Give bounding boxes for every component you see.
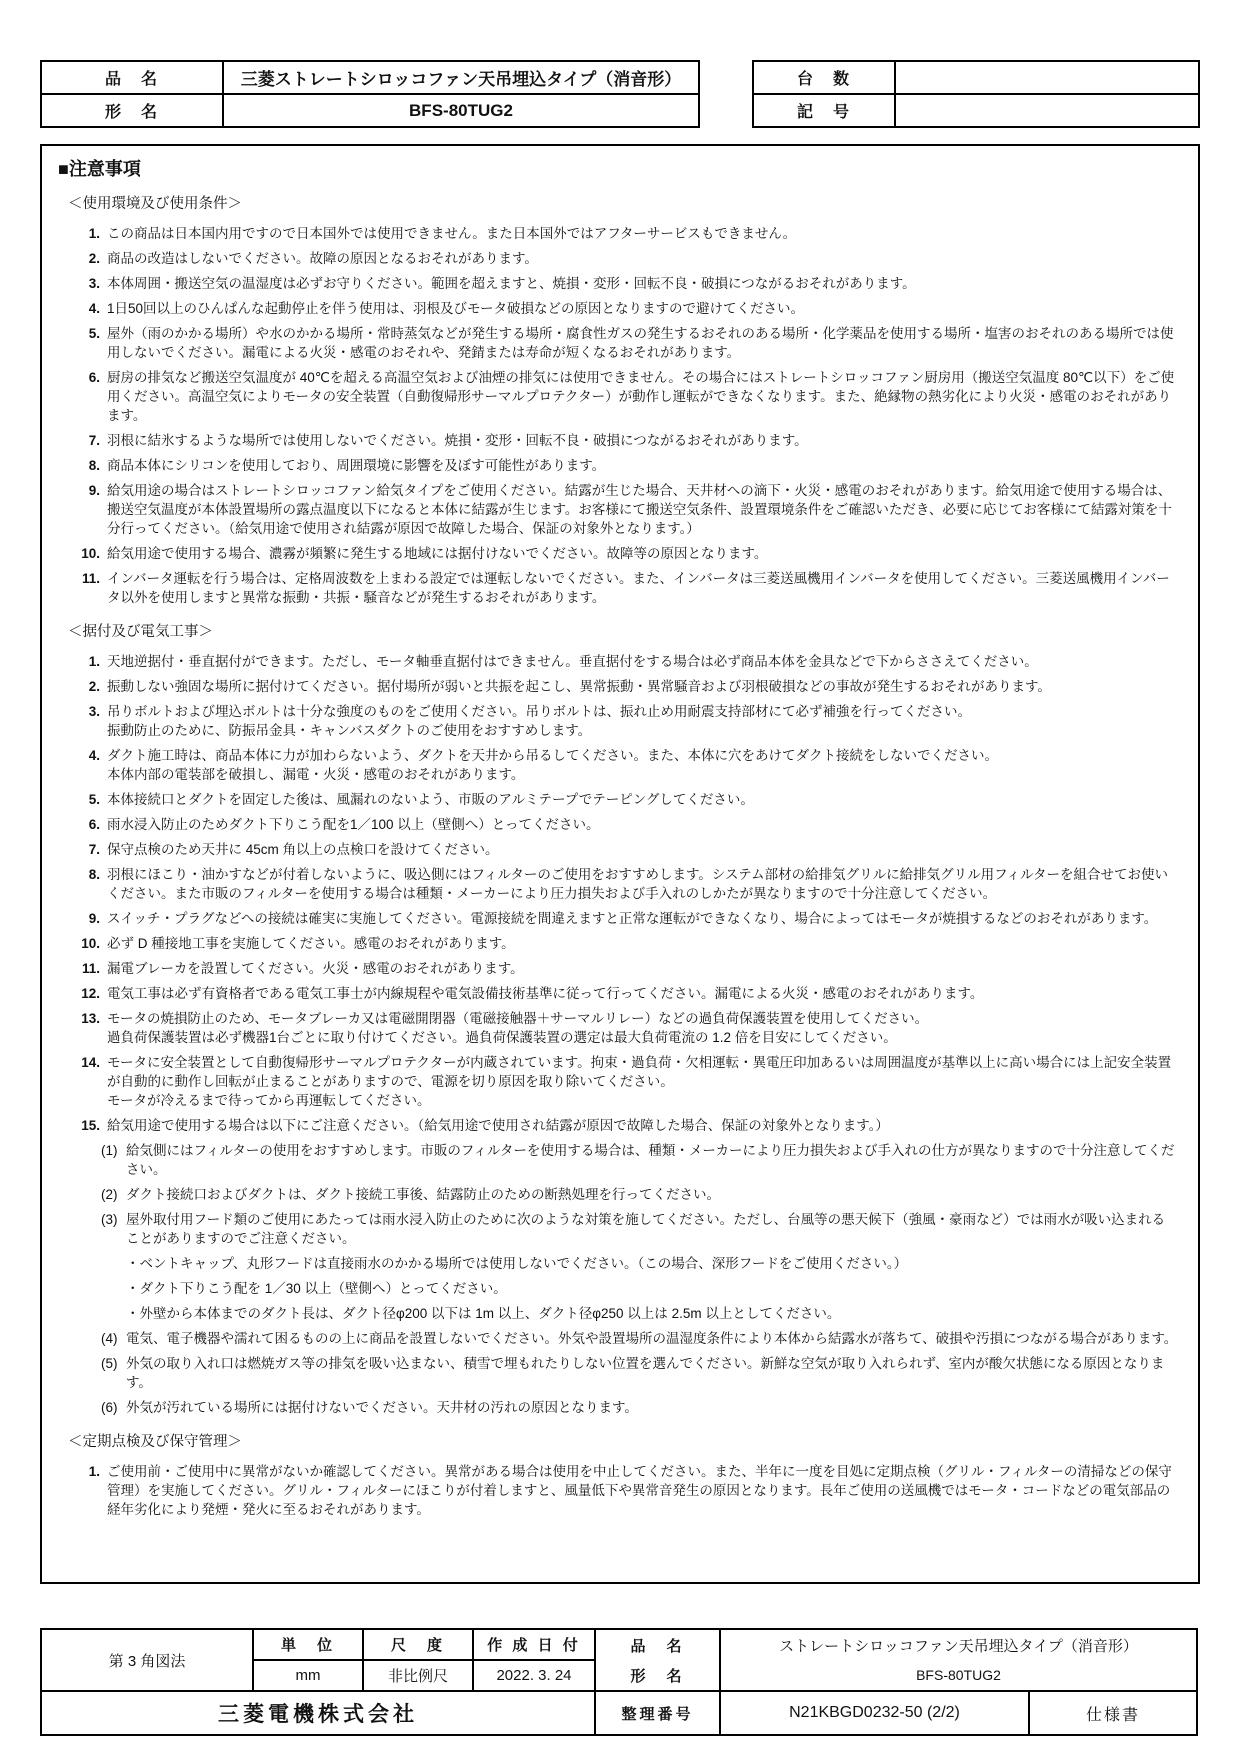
list-item: 12.電気工事は必ず有資格者である電気工事士が内線規程や電気設備技術基準に従って…	[72, 984, 1178, 1003]
list-item: 11.漏電ブレーカを設置してください。火災・感電のおそれがあります。	[72, 959, 1178, 978]
company-name: 三菱電機株式会社	[41, 1691, 595, 1735]
units-symbol-table: 台 数 記 号	[752, 60, 1200, 128]
item-number: 4.	[72, 746, 107, 784]
sub-item-number: (1)	[101, 1141, 126, 1179]
sub-item-text: 給気側にはフィルターの使用をおすすめします。市販のフィルターを使用する場合は、種…	[126, 1141, 1178, 1179]
product-title-table: 品 名 三菱ストレートシロッコファン天吊埋込タイプ（消音形） 形 名 BFS-8…	[40, 60, 700, 128]
footer-product-name-value: ストレートシロッコファン天吊埋込タイプ（消音形）	[721, 1630, 1196, 1660]
item-text: 厨房の排気など搬送空気温度が 40℃を超える高温空気および油煙の排気には使用でき…	[107, 368, 1178, 425]
list-item: 1.天地逆据付・垂直据付ができます。ただし、モータ軸垂直据付はできません。垂直据…	[72, 652, 1178, 671]
list-item: 11.インバータ運転を行う場合は、定格周波数を上まわる設定では運転しないでくださ…	[72, 569, 1178, 607]
item-number: 2.	[72, 249, 107, 268]
item-text-line: モータに安全装置として自動復帰形サーマルプロテクターが内蔵されています。拘束・過…	[107, 1053, 1178, 1091]
item-text-line: モータが冷えるまで待ってから再運転してください。	[107, 1091, 1178, 1110]
item-number: 6.	[72, 815, 107, 834]
reference-number-value: N21KBGD0232-50 (2/2)	[720, 1691, 1029, 1735]
item-text: 羽根にほこり・油かすなどが付着しないように、吸込側にはフィルターのご使用をおすす…	[107, 865, 1178, 903]
item-text: 給気用途で使用する場合は以下にご注意ください。（給気用途で使用され結露が原因で故…	[107, 1116, 1178, 1135]
sub-item-number: (5)	[101, 1354, 126, 1392]
item-number: 11.	[72, 569, 107, 607]
sub-item: (4)電気、電子機器や濡れて困るものの上に商品を設置しないでください。外気や設置…	[101, 1329, 1178, 1348]
notice-box: ■注意事項 ＜使用環境及び使用条件＞ 1.この商品は日本国内用ですので日本国外で…	[40, 144, 1200, 1584]
list-item: 9.スイッチ・プラグなどへの接続は確実に実施してください。電源接続を間違えますと…	[72, 909, 1178, 928]
item-number: 14.	[72, 1053, 107, 1110]
list-item: 6.雨水浸入防止のためダクト下りこう配を1／100 以上（壁側へ）とってください…	[72, 815, 1178, 834]
date-label: 作 成 日 付	[473, 1629, 595, 1660]
sub-item-number: (4)	[101, 1329, 126, 1348]
item-text: この商品は日本国内用ですので日本国外では使用できません。また日本国外ではアフター…	[107, 224, 1178, 243]
item-number: 5.	[72, 324, 107, 362]
reference-number-label: 整理番号	[595, 1691, 720, 1735]
sub-item: (6)外気が汚れている場所には据付けないでください。天井材の汚れの原因となります…	[101, 1398, 1178, 1417]
item-number: 15.	[72, 1116, 107, 1135]
item-text: 振動しない強固な場所に据付けてください。据付場所が弱いと共振を起こし、異常振動・…	[107, 677, 1178, 696]
unit-value: mm	[253, 1660, 363, 1691]
item-number: 1.	[72, 224, 107, 243]
symbol-label: 記 号	[753, 94, 895, 127]
item-number: 7.	[72, 431, 107, 450]
bullet-item: ・外壁から本体までのダクト長は、ダクト径φ200 以下は 1m 以上、ダクト径φ…	[126, 1304, 1178, 1323]
section-heading-installation: ＜据付及び電気工事＞	[68, 623, 1178, 642]
notice-title: ■注意事項	[58, 160, 1178, 179]
footer-model-name-value: BFS-80TUG2	[721, 1660, 1196, 1690]
list-item: 13.モータの焼損防止のため、モータブレーカ又は電磁開閉器（電磁接触器＋サーマル…	[72, 1009, 1178, 1047]
list-item: 1.この商品は日本国内用ですので日本国外では使用できません。また日本国外ではアフ…	[72, 224, 1178, 243]
unit-count-label: 台 数	[753, 61, 895, 94]
installation-items: 1.天地逆据付・垂直据付ができます。ただし、モータ軸垂直据付はできません。垂直据…	[72, 652, 1178, 1417]
list-item: 7.保守点検のため天井に 45cm 角以上の点検口を設けてください。	[72, 840, 1178, 859]
list-item: 6.厨房の排気など搬送空気温度が 40℃を超える高温空気および油煙の排気には使用…	[72, 368, 1178, 425]
item-number: 3.	[72, 702, 107, 740]
item-text: 商品本体にシリコンを使用しており、周囲環境に影響を及ぼす可能性があります。	[107, 456, 1178, 475]
item-number: 5.	[72, 790, 107, 809]
item-number: 11.	[72, 959, 107, 978]
item-number: 1.	[72, 652, 107, 671]
item-number: 9.	[72, 909, 107, 928]
item-text: ご使用前・ご使用中に異常がないか確認してください。異常がある場合は使用を中止して…	[107, 1462, 1178, 1519]
sub-item-number: (6)	[101, 1398, 126, 1417]
footer-product-name-label: 品 名	[596, 1630, 719, 1660]
sub-item: (5)外気の取り入れ口は燃焼ガス等の排気を吸い込まない、積雪で埋もれたりしない位…	[101, 1354, 1178, 1392]
item-number: 8.	[72, 865, 107, 903]
list-item: 7.羽根に結氷するような場所では使用しないでください。焼損・変形・回転不良・破損…	[72, 431, 1178, 450]
date-value: 2022. 3. 24	[473, 1660, 595, 1691]
item-number: 9.	[72, 481, 107, 538]
list-item: 3.本体周囲・搬送空気の温湿度は必ずお守りください。範囲を超えますと、焼損・変形…	[72, 274, 1178, 293]
item-text: モータに安全装置として自動復帰形サーマルプロテクターが内蔵されています。拘束・過…	[107, 1053, 1178, 1110]
item-number: 3.	[72, 274, 107, 293]
list-item: 4.1日50回以上のひんぱんな起動停止を伴う使用は、羽根及びモータ破損などの原因…	[72, 299, 1178, 318]
item-text: 本体周囲・搬送空気の温湿度は必ずお守りください。範囲を超えますと、焼損・変形・回…	[107, 274, 1178, 293]
item-text: 電気工事は必ず有資格者である電気工事士が内線規程や電気設備技術基準に従って行って…	[107, 984, 1178, 1003]
header: 品 名 三菱ストレートシロッコファン天吊埋込タイプ（消音形） 形 名 BFS-8…	[40, 60, 1200, 128]
section-heading-maintenance: ＜定期点検及び保守管理＞	[68, 1433, 1178, 1452]
projection-method: 第 3 角図法	[41, 1629, 253, 1691]
list-item: 3.吊りボルトおよび埋込ボルトは十分な強度のものをご使用ください。吊りボルトは、…	[72, 702, 1178, 740]
sub-item-text: 外気の取り入れ口は燃焼ガス等の排気を吸い込まない、積雪で埋もれたりしない位置を選…	[126, 1354, 1178, 1392]
item-text: 1日50回以上のひんぱんな起動停止を伴う使用は、羽根及びモータ破損などの原因とな…	[107, 299, 1178, 318]
list-item: 8.羽根にほこり・油かすなどが付着しないように、吸込側にはフィルターのご使用をお…	[72, 865, 1178, 903]
item-text: インバータ運転を行う場合は、定格周波数を上まわる設定では運転しないでください。ま…	[107, 569, 1178, 607]
item-number: 12.	[72, 984, 107, 1003]
list-item: 10.給気用途で使用する場合、濃霧が頻繁に発生する地域には据付けないでください。…	[72, 544, 1178, 563]
list-item: 2.商品の改造はしないでください。故障の原因となるおそれがあります。	[72, 249, 1178, 268]
item-text: 給気用途で使用する場合、濃霧が頻繁に発生する地域には据付けないでください。故障等…	[107, 544, 1178, 563]
list-item: 5.本体接続口とダクトを固定した後は、風漏れのないよう、市販のアルミテープでテー…	[72, 790, 1178, 809]
list-item: 10.必ず D 種接地工事を実施してください。感電のおそれがあります。	[72, 934, 1178, 953]
maintenance-items: 1.ご使用前・ご使用中に異常がないか確認してください。異常がある場合は使用を中止…	[72, 1462, 1178, 1519]
bullet-item: ・ダクト下りこう配を 1／30 以上（壁側へ）とってください。	[126, 1279, 1178, 1298]
sub-item-number: (2)	[101, 1185, 126, 1204]
list-item: 2.振動しない強固な場所に据付けてください。据付場所が弱いと共振を起こし、異常振…	[72, 677, 1178, 696]
item-text-line: 振動防止のために、防振吊金具・キャンバスダクトのご使用をおすすめします。	[107, 721, 1178, 740]
sub-item: (2)ダクト接続口およびダクトは、ダクト接続工事後、結露防止のための断熱処理を行…	[101, 1185, 1178, 1204]
sub-item: (1)給気側にはフィルターの使用をおすすめします。市販のフィルターを使用する場合…	[101, 1141, 1178, 1179]
scale-label: 尺 度	[363, 1629, 473, 1660]
scale-value: 非比例尺	[363, 1660, 473, 1691]
bullet-item: ・ベントキャップ、丸形フードは直接雨水のかかる場所では使用しないでください。（こ…	[126, 1254, 1178, 1273]
unit-label: 単 位	[253, 1629, 363, 1660]
product-name-value: 三菱ストレートシロッコファン天吊埋込タイプ（消音形）	[223, 61, 699, 94]
section-heading-usage: ＜使用環境及び使用条件＞	[68, 195, 1178, 214]
item-text: 吊りボルトおよび埋込ボルトは十分な強度のものをご使用ください。吊りボルトは、振れ…	[107, 702, 1178, 740]
item-text: 給気用途の場合はストレートシロッコファン給気タイプをご使用ください。結露が生じた…	[107, 481, 1178, 538]
sub-item-text: ダクト接続口およびダクトは、ダクト接続工事後、結露防止のための断熱処理を行ってく…	[126, 1185, 1178, 1204]
item-text-line: 吊りボルトおよび埋込ボルトは十分な強度のものをご使用ください。吊りボルトは、振れ…	[107, 702, 1178, 721]
item-text: 天地逆据付・垂直据付ができます。ただし、モータ軸垂直据付はできません。垂直据付を…	[107, 652, 1178, 671]
spec-sheet-page: 品 名 三菱ストレートシロッコファン天吊埋込タイプ（消音形） 形 名 BFS-8…	[0, 0, 1240, 1754]
model-name-label: 形 名	[41, 94, 223, 127]
item-number: 6.	[72, 368, 107, 425]
item-text-line: 過負荷保護装置は必ず機器1台ごとに取り付けてください。過負荷保護装置の選定は最大…	[107, 1028, 1178, 1047]
item-text: モータの焼損防止のため、モータブレーカ又は電磁開閉器（電磁接触器＋サーマルリレー…	[107, 1009, 1178, 1047]
footer-name-labels: 品 名 形 名	[595, 1629, 720, 1691]
item-text: 保守点検のため天井に 45cm 角以上の点検口を設けてください。	[107, 840, 1178, 859]
product-name-label: 品 名	[41, 61, 223, 94]
item-text-line: 本体内部の電装部を破損し、漏電・火災・感電のおそれがあります。	[107, 765, 1178, 784]
usage-items: 1.この商品は日本国内用ですので日本国外では使用できません。また日本国外ではアフ…	[72, 224, 1178, 607]
item-text: 商品の改造はしないでください。故障の原因となるおそれがあります。	[107, 249, 1178, 268]
item-number: 13.	[72, 1009, 107, 1047]
document-type: 仕様書	[1029, 1691, 1197, 1735]
list-item: 1.ご使用前・ご使用中に異常がないか確認してください。異常がある場合は使用を中止…	[72, 1462, 1178, 1519]
item-text: 雨水浸入防止のためダクト下りこう配を1／100 以上（壁側へ）とってください。	[107, 815, 1178, 834]
symbol-value	[895, 94, 1199, 127]
list-item: 14.モータに安全装置として自動復帰形サーマルプロテクターが内蔵されています。拘…	[72, 1053, 1178, 1110]
sub-item-text: 外気が汚れている場所には据付けないでください。天井材の汚れの原因となります。	[126, 1398, 1178, 1417]
item-text: 必ず D 種接地工事を実施してください。感電のおそれがあります。	[107, 934, 1178, 953]
item-number: 10.	[72, 934, 107, 953]
item-text-line: モータの焼損防止のため、モータブレーカ又は電磁開閉器（電磁接触器＋サーマルリレー…	[107, 1009, 1178, 1028]
model-name-value: BFS-80TUG2	[223, 94, 699, 127]
list-item: 8.商品本体にシリコンを使用しており、周囲環境に影響を及ぼす可能性があります。	[72, 456, 1178, 475]
item-text: 本体接続口とダクトを固定した後は、風漏れのないよう、市販のアルミテープでテーピン…	[107, 790, 1178, 809]
list-item: 9.給気用途の場合はストレートシロッコファン給気タイプをご使用ください。結露が生…	[72, 481, 1178, 538]
item-text: 羽根に結氷するような場所では使用しないでください。焼損・変形・回転不良・破損につ…	[107, 431, 1178, 450]
list-item: 5.屋外（雨のかかる場所）や水のかかる場所・常時蒸気などが発生する場所・腐食性ガ…	[72, 324, 1178, 362]
item-number: 8.	[72, 456, 107, 475]
item-number: 7.	[72, 840, 107, 859]
item-text-line: ダクト施工時は、商品本体に力が加わらないよう、ダクトを天井から吊るしてください。…	[107, 746, 1178, 765]
list-item: 15.給気用途で使用する場合は以下にご注意ください。（給気用途で使用され結露が原…	[72, 1116, 1178, 1135]
item-number: 2.	[72, 677, 107, 696]
unit-count-value	[895, 61, 1199, 94]
item-text: 屋外（雨のかかる場所）や水のかかる場所・常時蒸気などが発生する場所・腐食性ガスの…	[107, 324, 1178, 362]
item-text: 漏電ブレーカを設置してください。火災・感電のおそれがあります。	[107, 959, 1178, 978]
title-block: 第 3 角図法 単 位 尺 度 作 成 日 付 品 名 形 名 ストレートシロッ…	[40, 1628, 1198, 1736]
item-number: 10.	[72, 544, 107, 563]
sub-item-number: (3)	[101, 1210, 126, 1248]
item-text: スイッチ・プラグなどへの接続は確実に実施してください。電源接続を間違えますと正常…	[107, 909, 1178, 928]
sub-item: (3)屋外取付用フード類のご使用にあたっては雨水浸入防止のために次のような対策を…	[101, 1210, 1178, 1248]
item-number: 1.	[72, 1462, 107, 1519]
sub-item-text: 電気、電子機器や濡れて困るものの上に商品を設置しないでください。外気や設置場所の…	[126, 1329, 1178, 1348]
footer-name-values: ストレートシロッコファン天吊埋込タイプ（消音形） BFS-80TUG2	[720, 1629, 1197, 1691]
sub-item-text: 屋外取付用フード類のご使用にあたっては雨水浸入防止のために次のような対策を施して…	[126, 1210, 1178, 1248]
footer-model-name-label: 形 名	[596, 1660, 719, 1690]
list-item: 4.ダクト施工時は、商品本体に力が加わらないよう、ダクトを天井から吊るしてくださ…	[72, 746, 1178, 784]
item-number: 4.	[72, 299, 107, 318]
item-text: ダクト施工時は、商品本体に力が加わらないよう、ダクトを天井から吊るしてください。…	[107, 746, 1178, 784]
